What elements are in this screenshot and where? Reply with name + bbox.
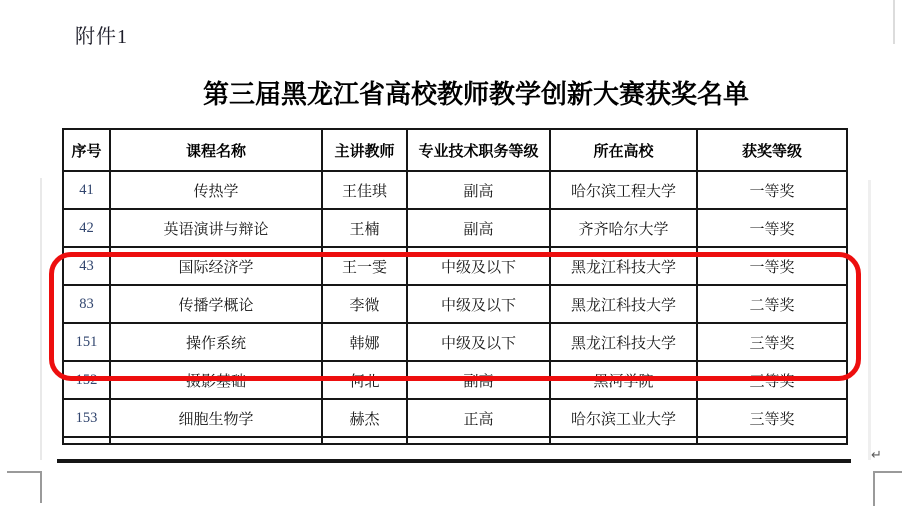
table-cell: 中级及以下: [407, 247, 550, 285]
table-cell: 哈尔滨工业大学: [550, 399, 697, 437]
table-cell: 王佳琪: [322, 171, 407, 209]
column-header-5: 获奖等级: [697, 129, 847, 171]
table-cell: 中级及以下: [407, 285, 550, 323]
table-cell: 何北: [322, 361, 407, 399]
table-cell: 83: [63, 285, 110, 323]
table-cell: 41: [63, 171, 110, 209]
table-cell: 三等奖: [697, 323, 847, 361]
table-cell: 151: [63, 323, 110, 361]
column-header-4: 所在高校: [550, 129, 697, 171]
table-cell: 韩娜: [322, 323, 407, 361]
empty-cell: [63, 437, 110, 444]
table-cell: 三等奖: [697, 361, 847, 399]
empty-cell: [697, 437, 847, 444]
table-cell: 二等奖: [697, 285, 847, 323]
empty-cell: [550, 437, 697, 444]
table-cell: 传热学: [110, 171, 322, 209]
table-cell: 三等奖: [697, 399, 847, 437]
document-page: 附件1 第三届黑龙江省高校教师教学创新大赛获奖名单 序号课程名称主讲教师专业技术…: [0, 0, 902, 515]
table-cell: 中级及以下: [407, 323, 550, 361]
image-edge-line-left: [40, 178, 42, 460]
page-corner-mark-bottom-left: [40, 471, 42, 503]
table-cell: 副高: [407, 361, 550, 399]
table-row: 43国际经济学王一雯中级及以下黑龙江科技大学一等奖: [63, 247, 847, 285]
header-row: 序号课程名称主讲教师专业技术职务等级所在高校获奖等级: [63, 129, 847, 171]
column-header-0: 序号: [63, 129, 110, 171]
table-cell: 国际经济学: [110, 247, 322, 285]
table-row: 42英语演讲与辩论王楠副高齐齐哈尔大学一等奖: [63, 209, 847, 247]
table-cell: 一等奖: [697, 171, 847, 209]
table-cell: 42: [63, 209, 110, 247]
table-cell: 李微: [322, 285, 407, 323]
table-cell: 黑龙江科技大学: [550, 285, 697, 323]
table-cell: 黑龙江科技大学: [550, 247, 697, 285]
table-cutoff-line: [57, 459, 851, 463]
table-cell: 正高: [407, 399, 550, 437]
empty-cell: [322, 437, 407, 444]
table-cell: 43: [63, 247, 110, 285]
table-cell: 王一雯: [322, 247, 407, 285]
table-row: 151操作系统韩娜中级及以下黑龙江科技大学三等奖: [63, 323, 847, 361]
page-corner-mark-bottom-right: [873, 471, 902, 473]
table-cell: 黑河学院: [550, 361, 697, 399]
table-cell: 一等奖: [697, 209, 847, 247]
table-cell: 副高: [407, 171, 550, 209]
table-cell: 副高: [407, 209, 550, 247]
table-cell: 英语演讲与辩论: [110, 209, 322, 247]
table-row: 152摄影基础何北副高黑河学院三等奖: [63, 361, 847, 399]
table-cell: 153: [63, 399, 110, 437]
cut-off-row: [63, 437, 847, 444]
column-header-1: 课程名称: [110, 129, 322, 171]
table-row: 153细胞生物学赫杰正高哈尔滨工业大学三等奖: [63, 399, 847, 437]
award-table: 序号课程名称主讲教师专业技术职务等级所在高校获奖等级41传热学王佳琪副高哈尔滨工…: [62, 128, 848, 445]
column-header-2: 主讲教师: [322, 129, 407, 171]
column-header-3: 专业技术职务等级: [407, 129, 550, 171]
table-cell: 齐齐哈尔大学: [550, 209, 697, 247]
empty-cell: [110, 437, 322, 444]
table-cell: 操作系统: [110, 323, 322, 361]
table-cell: 细胞生物学: [110, 399, 322, 437]
table-cell: 152: [63, 361, 110, 399]
page-corner-mark-bottom-left: [7, 471, 41, 473]
table-cell: 赫杰: [322, 399, 407, 437]
table-cell: 一等奖: [697, 247, 847, 285]
empty-cell: [407, 437, 550, 444]
table-row: 83传播学概论李微中级及以下黑龙江科技大学二等奖: [63, 285, 847, 323]
page-corner-mark-bottom-right: [873, 471, 875, 506]
table-cell: 王楠: [322, 209, 407, 247]
image-edge-line-right: [868, 180, 871, 460]
table-cell: 摄影基础: [110, 361, 322, 399]
attachment-label: 附件1: [75, 20, 128, 49]
image-edge-line-top-right: [893, 0, 895, 44]
paragraph-return-mark: ↵: [871, 448, 882, 463]
table-cell: 传播学概论: [110, 285, 322, 323]
document-title: 第三届黑龙江省高校教师教学创新大赛获奖名单: [50, 74, 902, 111]
table-row: 41传热学王佳琪副高哈尔滨工程大学一等奖: [63, 171, 847, 209]
table-cell: 黑龙江科技大学: [550, 323, 697, 361]
table-cell: 哈尔滨工程大学: [550, 171, 697, 209]
